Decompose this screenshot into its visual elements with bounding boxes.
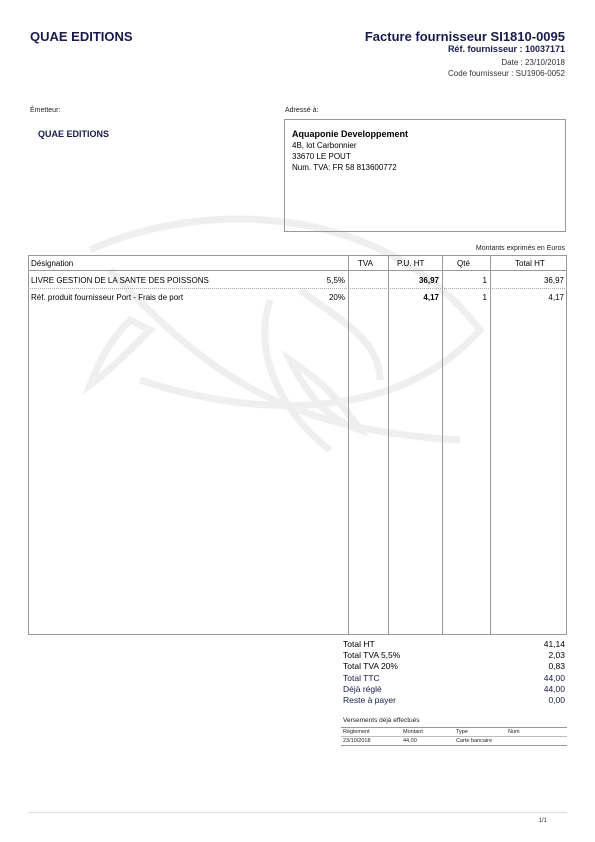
column-divider — [490, 255, 491, 635]
remaining-label: Reste à payer — [343, 695, 396, 705]
row-designation: LIVRE GESTION DE LA SANTE DES POISSONS — [31, 276, 209, 285]
header-divider — [28, 270, 567, 271]
row-pu-ht: 4,17 — [423, 293, 439, 302]
total-ttc-value: 44,00 — [544, 673, 565, 683]
recipient-label: Adressé à: — [285, 107, 318, 114]
total-tva-55-value: 2,03 — [548, 650, 565, 660]
recipient-vat-line: Num. TVA: FR 58 813600772 — [292, 163, 397, 172]
recipient-name: Aquaponie Developpement — [292, 129, 408, 139]
col-total-ht: Total HT — [515, 259, 545, 268]
col-pu-ht: P.U. HT — [397, 259, 424, 268]
emitter-label: Émetteur: — [30, 107, 60, 114]
payments-col-type: Type — [456, 729, 468, 735]
payments-top-line — [341, 727, 567, 728]
col-tva: TVA — [358, 259, 373, 268]
invoice-date: Date : 23/10/2018 — [501, 58, 565, 67]
row-designation: Réf. produit fournisseur Port - Frais de… — [31, 293, 183, 302]
already-paid-label: Déjà réglé — [343, 684, 382, 694]
payments-col-date: Règlement — [343, 729, 370, 735]
company-name: QUAE EDITIONS — [30, 29, 133, 44]
row-total-ht: 4,17 — [548, 293, 564, 302]
emitter-name: QUAE EDITIONS — [38, 129, 109, 139]
col-qty: Qté — [457, 259, 470, 268]
row-total-ht: 36,97 — [544, 276, 564, 285]
column-divider — [388, 255, 389, 635]
invoice-lines-table — [28, 255, 567, 635]
column-divider — [348, 255, 349, 635]
payment-type: Carte bancaire — [456, 738, 492, 744]
page-number: 1/1 — [539, 818, 547, 824]
column-divider — [442, 255, 443, 635]
row-pu-ht: 36,97 — [419, 276, 439, 285]
payment-date: 23/10/2018 — [343, 738, 371, 744]
row-divider — [28, 288, 567, 289]
total-ht-label: Total HT — [343, 639, 375, 649]
recipient-postcode-line: 33670 LE POUT — [292, 152, 351, 161]
total-ht-value: 41,14 — [544, 639, 565, 649]
payments-col-num: Num — [508, 729, 520, 735]
total-ttc-label: Total TTC — [343, 673, 380, 683]
total-tva-55-label: Total TVA 5,5% — [343, 650, 400, 660]
row-tva: 20% — [329, 293, 345, 302]
payments-bottom-line — [341, 745, 567, 746]
total-tva-20-label: Total TVA 20% — [343, 661, 398, 671]
total-tva-20-value: 0,83 — [548, 661, 565, 671]
row-tva: 5,5% — [327, 276, 345, 285]
invoice-title: Facture fournisseur SI1810-0095 — [365, 29, 565, 44]
payments-col-amount: Montant — [403, 729, 423, 735]
supplier-code: Code fournisseur : SU1906-0052 — [448, 69, 565, 78]
footer-divider — [28, 812, 567, 813]
payment-amount: 44,00 — [403, 738, 417, 744]
remaining-value: 0,00 — [548, 695, 565, 705]
currency-note: Montants exprimés en Euros — [476, 245, 565, 252]
recipient-address-line: 4B, lot Carbonnier — [292, 141, 356, 150]
row-qty: 1 — [483, 293, 487, 302]
payments-title: Versements déjà effectués — [343, 717, 419, 724]
already-paid-value: 44,00 — [544, 684, 565, 694]
row-qty: 1 — [483, 276, 487, 285]
col-designation: Désignation — [31, 259, 73, 268]
payments-header-line — [341, 736, 567, 737]
supplier-ref: Réf. fournisseur : 10037171 — [448, 44, 565, 54]
